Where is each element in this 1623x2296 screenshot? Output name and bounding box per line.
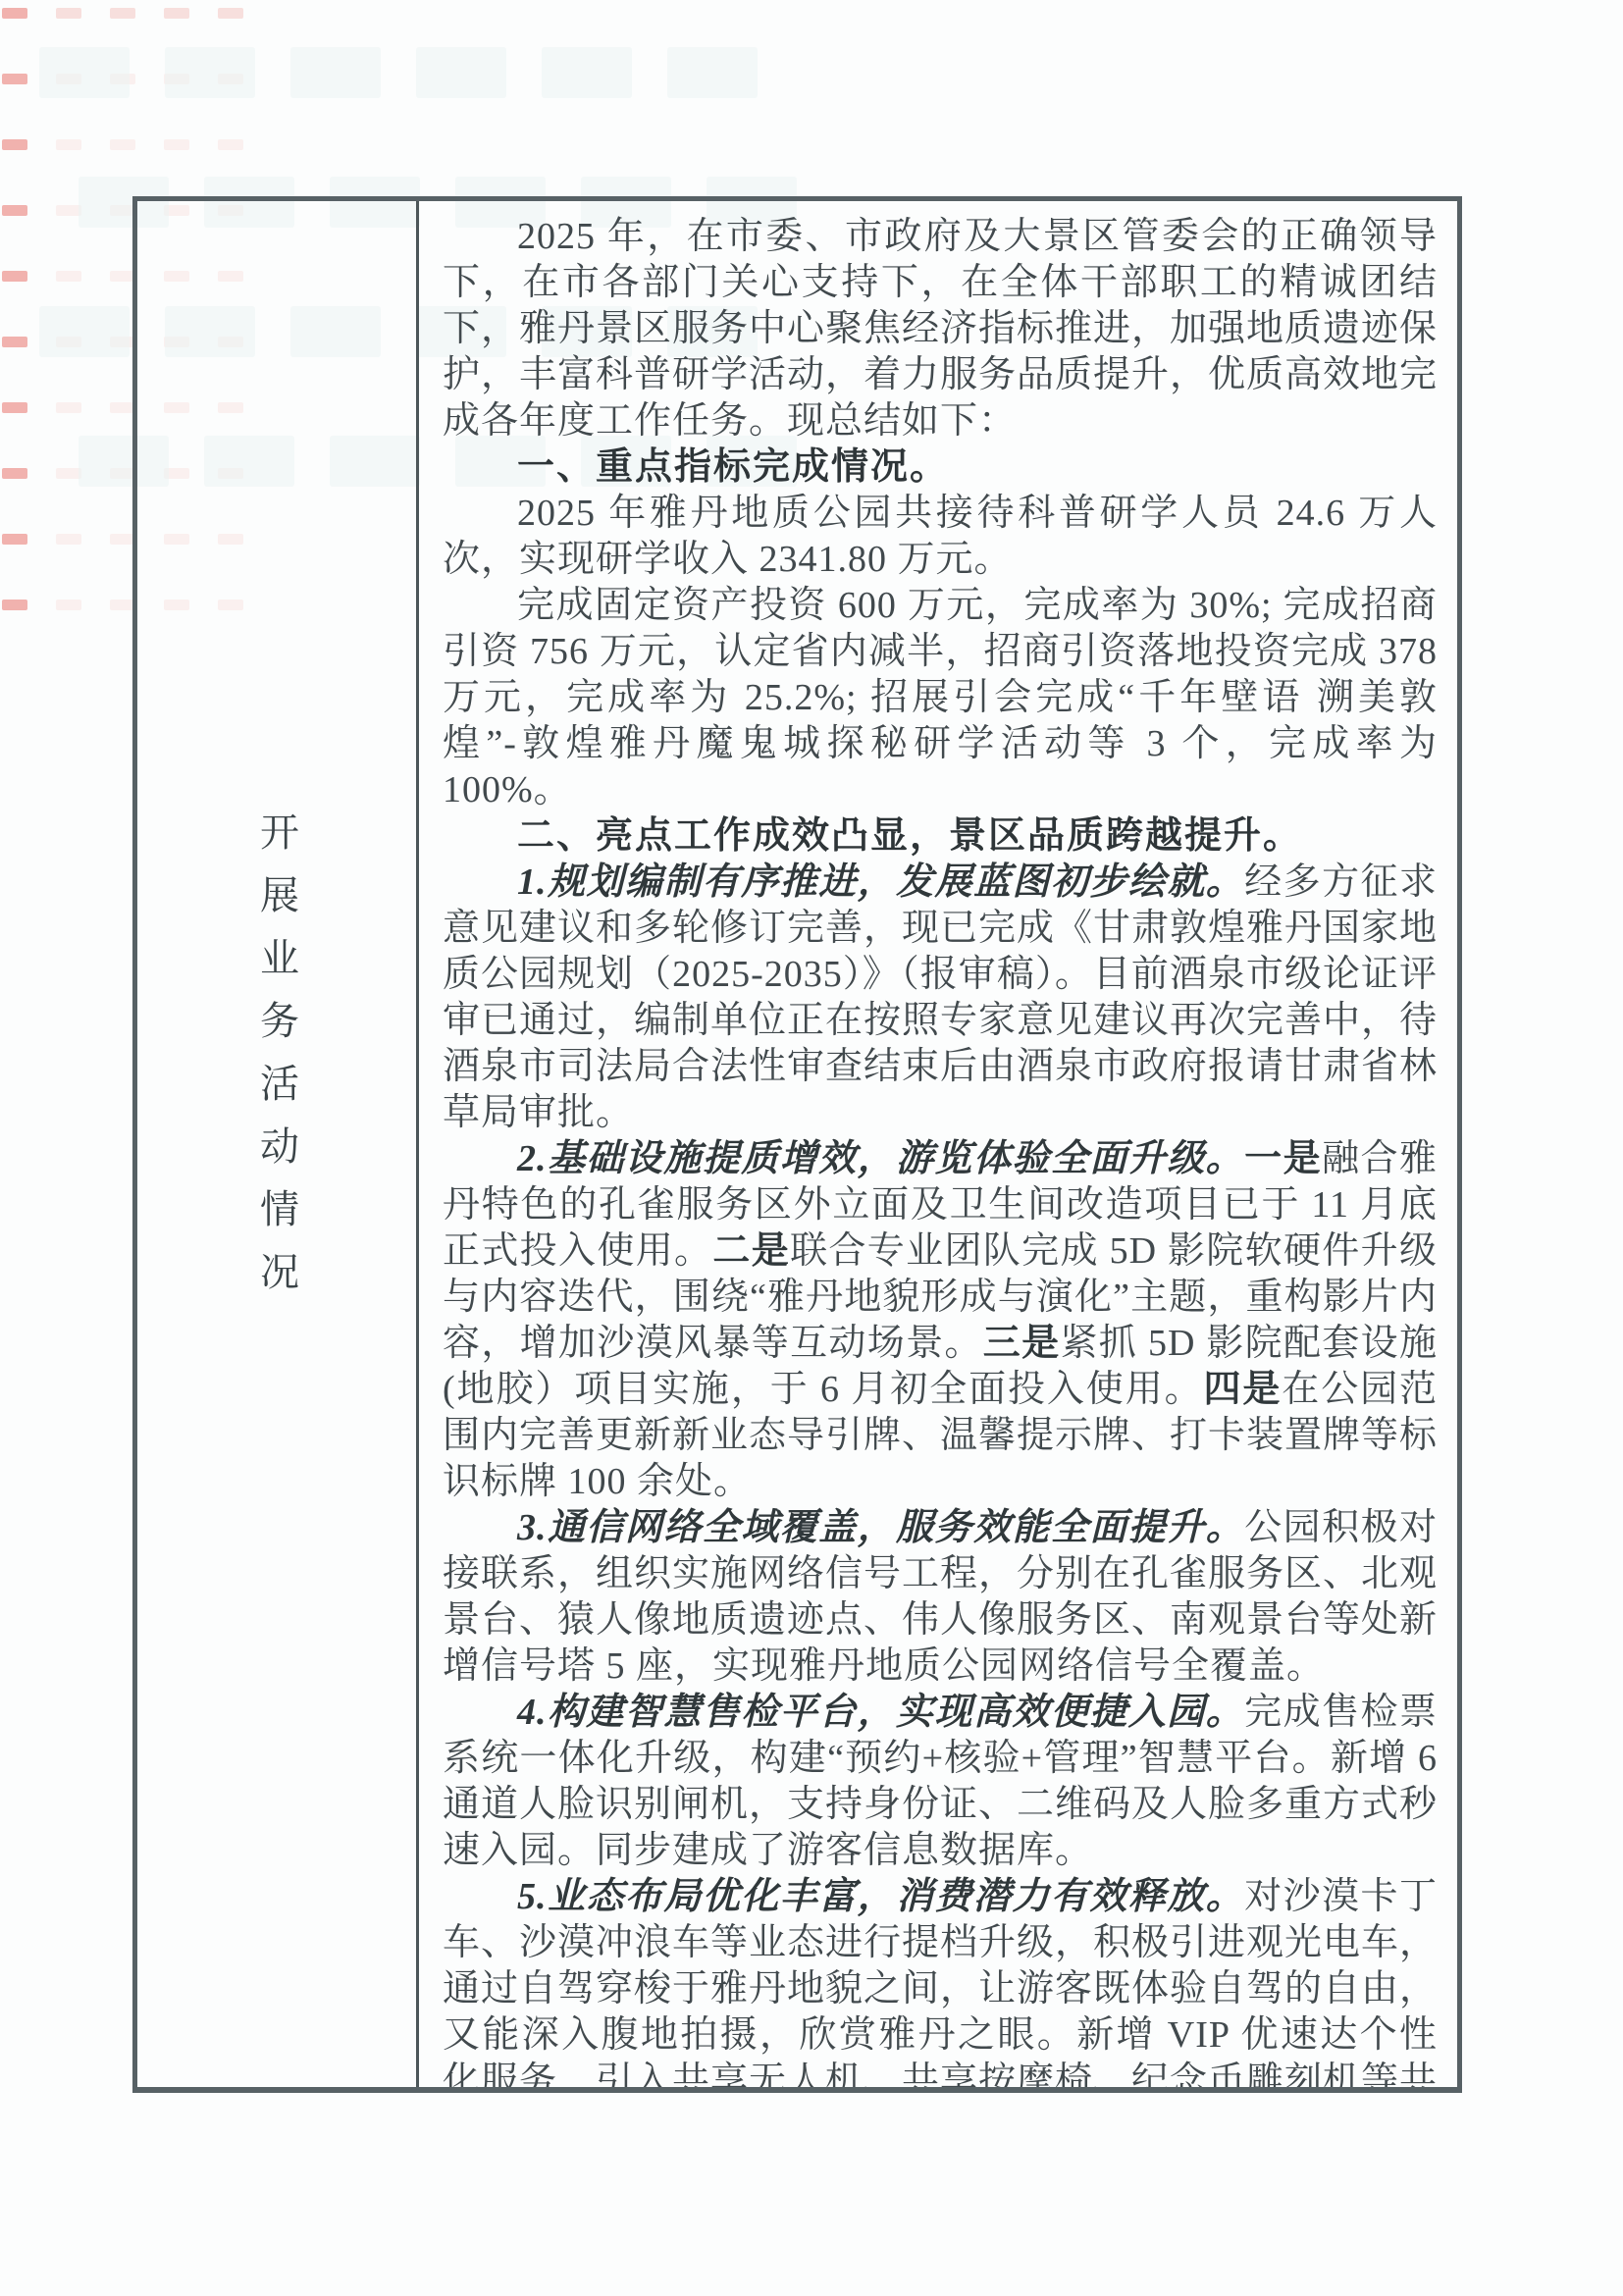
red-dash-mark — [56, 74, 81, 84]
red-dash-mark — [56, 468, 81, 479]
text-run: 一是 — [1244, 1138, 1322, 1179]
red-dash-mark — [164, 74, 189, 84]
report-paragraph: 2025 年雅丹地质公园共接待科普研学人员 24.6 万人次，实现研学收入 23… — [443, 491, 1438, 583]
text-run: 2025 年雅丹地质公园共接待科普研学人员 24.6 万人次，实现研学收入 23… — [443, 493, 1438, 580]
row-label-cell: 开展业务活动情况 — [137, 201, 419, 2087]
red-dash-mark — [218, 139, 243, 150]
red-dash-mark — [56, 271, 81, 282]
red-dash-mark — [164, 8, 189, 19]
pale-scan-smudge — [667, 47, 758, 98]
red-dash-mark — [218, 8, 243, 19]
text-run: 完成固定资产投资 600 万元，完成率为 30%; 完成招商引资 756 万元，… — [443, 585, 1438, 810]
report-table: 开展业务活动情况 2025 年，在市委、市政府及大景区管委会的正确领导下，在市各… — [132, 196, 1462, 2093]
red-dash-mark — [56, 534, 81, 545]
text-run: 2025 年，在市委、市政府及大景区管委会的正确领导下，在市各部门关心支持下，在… — [443, 216, 1438, 442]
report-paragraph: 2025 年，在市委、市政府及大景区管委会的正确领导下，在市各部门关心支持下，在… — [443, 214, 1438, 444]
red-dash-mark — [2, 534, 27, 545]
report-paragraph: 二、亮点工作成效凸显，景区品质跨越提升。 — [443, 813, 1438, 860]
red-dash-mark — [2, 337, 27, 347]
pale-scan-smudge — [39, 47, 130, 98]
red-dash-mark — [56, 337, 81, 347]
report-paragraph: 5.业态布局优化丰富，消费潜力有效释放。对沙漠卡丁车、沙漠冲浪车等业态进行提档升… — [443, 1874, 1438, 2087]
red-dash-mark — [56, 600, 81, 610]
report-paragraph: 一、重点指标完成情况。 — [443, 444, 1438, 491]
red-dash-mark — [2, 402, 27, 413]
pale-scan-smudge — [542, 47, 632, 98]
report-paragraph: 完成固定资产投资 600 万元，完成率为 30%; 完成招商引资 756 万元，… — [443, 583, 1438, 813]
text-run: 4.构建智慧售检平台，实现高效便捷入园。 — [517, 1692, 1244, 1733]
text-run: 二、亮点工作成效凸显，景区品质跨越提升。 — [517, 815, 1302, 857]
report-body-cell: 2025 年，在市委、市政府及大景区管委会的正确领导下，在市各部门关心支持下，在… — [419, 201, 1457, 2087]
report-paragraph: 1.规划编制有序推进，发展蓝图初步绘就。经多方征求意见建议和多轮修订完善，现已完… — [443, 860, 1438, 1136]
red-dash-mark — [2, 139, 27, 150]
pale-scan-smudge — [290, 47, 381, 98]
red-dash-mark — [218, 74, 243, 84]
text-run: 2.基础设施提质增效，游览体验全面升级。 — [517, 1138, 1244, 1179]
report-paragraph: 4.构建智慧售检平台，实现高效便捷入园。完成售检票系统一体化升级，构建“预约+核… — [443, 1690, 1438, 1874]
pale-scan-smudge — [416, 47, 506, 98]
row-label: 开展业务活动情况 — [249, 811, 305, 1314]
red-dash-mark — [164, 139, 189, 150]
red-dash-mark — [56, 8, 81, 19]
pale-scan-smudge — [165, 47, 255, 98]
red-dash-mark — [110, 8, 135, 19]
text-run: 四是 — [1204, 1369, 1283, 1410]
red-dash-mark — [2, 600, 27, 610]
red-dash-mark — [110, 74, 135, 84]
red-dash-mark — [56, 139, 81, 150]
red-dash-mark — [2, 74, 27, 84]
text-run: 一、重点指标完成情况。 — [517, 446, 949, 488]
report-paragraph: 2.基础设施提质增效，游览体验全面升级。一是融合雅丹特色的孔雀服务区外立面及卫生… — [443, 1136, 1438, 1505]
red-dash-mark — [110, 139, 135, 150]
text-run: 1.规划编制有序推进，发展蓝图初步绘就。 — [517, 861, 1244, 903]
red-dash-mark — [2, 271, 27, 282]
text-run: 二是 — [712, 1230, 790, 1272]
red-dash-mark — [2, 8, 27, 19]
scanned-document-page: 开展业务活动情况 2025 年，在市委、市政府及大景区管委会的正确领导下，在市各… — [0, 0, 1623, 2296]
text-run: 3.通信网络全域覆盖，服务效能全面提升。 — [517, 1507, 1244, 1548]
text-run: 三是 — [983, 1323, 1061, 1364]
red-dash-mark — [56, 205, 81, 216]
red-dash-mark — [2, 205, 27, 216]
red-dash-mark — [2, 468, 27, 479]
report-paragraph: 3.通信网络全域覆盖，服务效能全面提升。公园积极对接联系，组织实施网络信号工程，… — [443, 1505, 1438, 1690]
red-dash-mark — [56, 402, 81, 413]
pale-scan-smudge — [39, 306, 130, 357]
text-run: 5.业态布局优化丰富，消费潜力有效释放。 — [517, 1876, 1244, 1917]
